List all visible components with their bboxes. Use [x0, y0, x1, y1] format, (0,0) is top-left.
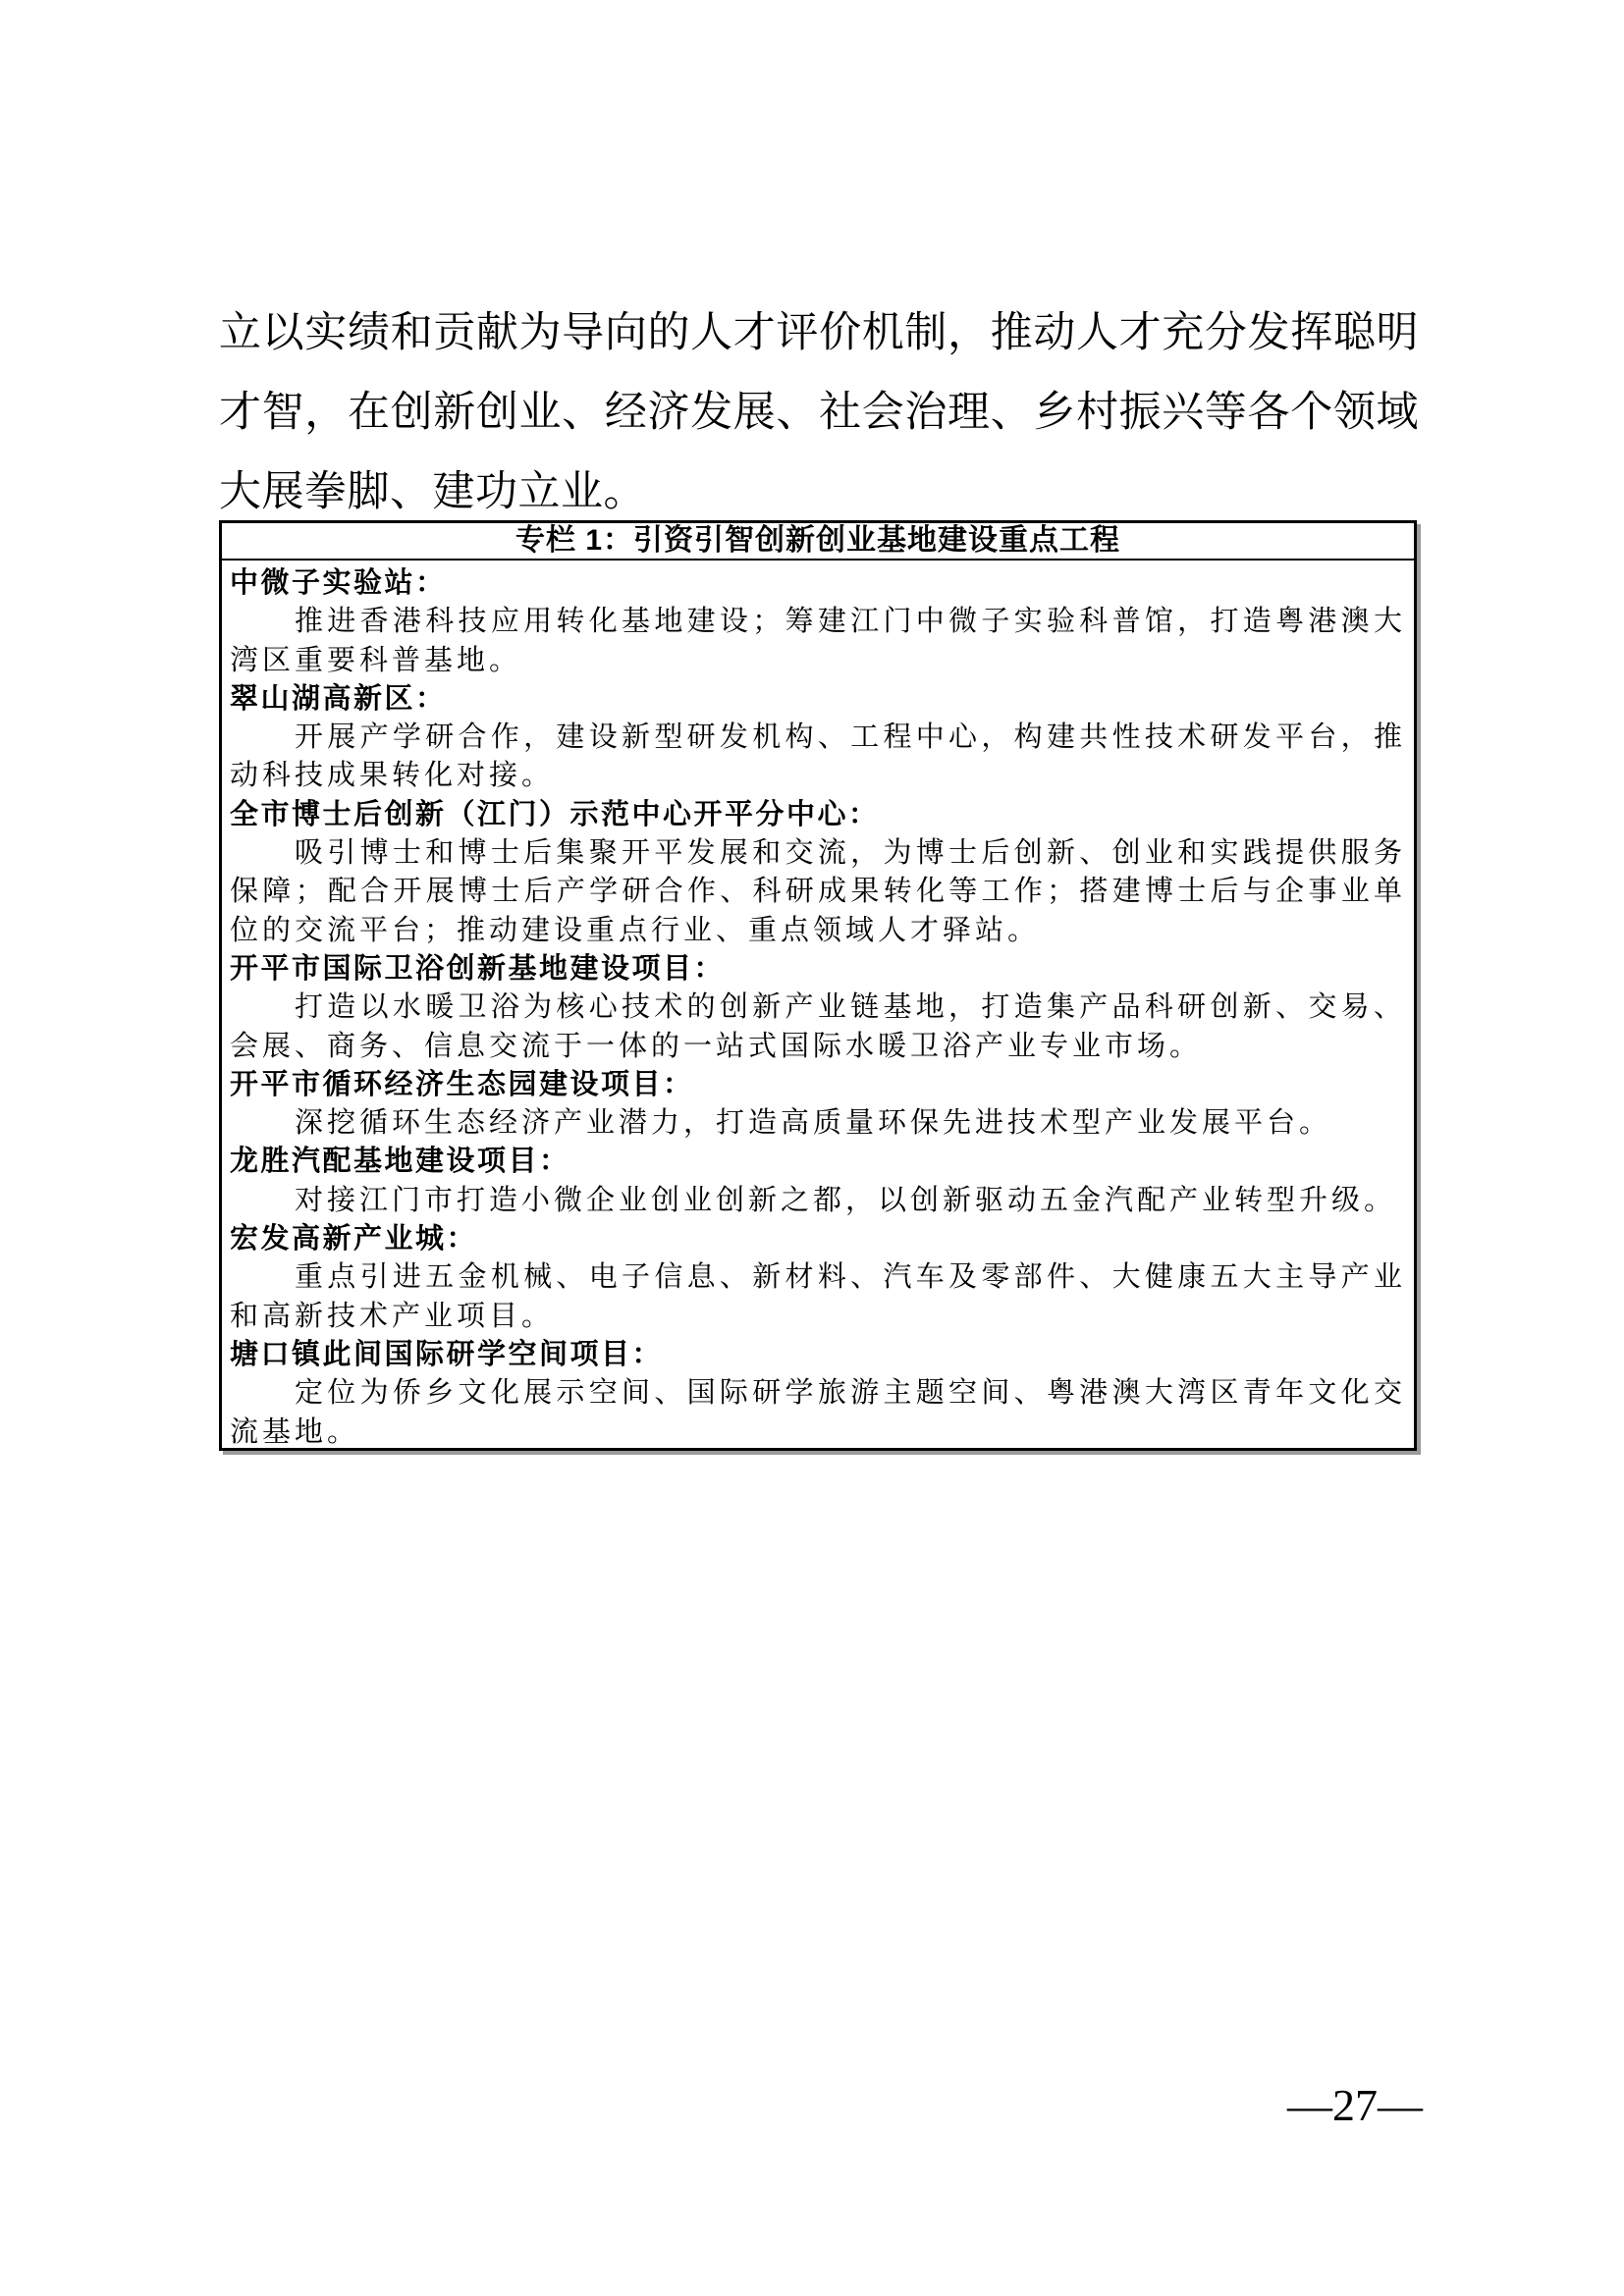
feature-column-box: 专栏 1：引资引智创新创业基地建设重点工程 中微子实验站： 推进香港科技应用转化…: [219, 520, 1417, 1451]
section-header: 龙胜汽配基地建设项目：: [230, 1143, 1406, 1181]
project-section: 中微子实验站： 推进香港科技应用转化基地建设；筹建江门中微子实验科普馆，打造粤港…: [230, 564, 1406, 680]
project-section: 全市博士后创新（江门）示范中心开平分中心： 吸引博士和博士后集聚开平发展和交流，…: [230, 796, 1406, 950]
section-body: 打造以水暖卫浴为核心技术的创新产业链基地，打造集产品科研创新、交易、会展、商务、…: [230, 988, 1406, 1066]
feature-column-title: 专栏 1：引资引智创新创业基地建设重点工程: [222, 523, 1414, 561]
section-header: 翠山湖高新区：: [230, 680, 1406, 719]
section-body: 定位为侨乡文化展示空间、国际研学旅游主题空间、粤港澳大湾区青年文化交流基地。: [230, 1374, 1406, 1451]
section-header: 开平市国际卫浴创新基地建设项目：: [230, 950, 1406, 988]
section-body: 深挖循环生态经济产业潜力，打造高质量环保先进技术型产业发展平台。: [230, 1104, 1406, 1143]
project-section: 宏发高新产业城： 重点引进五金机械、电子信息、新材料、汽车及零部件、大健康五大主…: [230, 1220, 1406, 1336]
section-header: 全市博士后创新（江门）示范中心开平分中心：: [230, 796, 1406, 834]
section-body: 推进香港科技应用转化基地建设；筹建江门中微子实验科普馆，打造粤港澳大湾区重要科普…: [230, 603, 1406, 680]
section-body: 重点引进五金机械、电子信息、新材料、汽车及零部件、大健康五大主导产业和高新技术产…: [230, 1258, 1406, 1336]
feature-column-content: 中微子实验站： 推进香港科技应用转化基地建设；筹建江门中微子实验科普馆，打造粤港…: [222, 561, 1414, 1451]
section-body: 对接江门市打造小微企业创业创新之都，以创新驱动五金汽配产业转型升级。: [230, 1182, 1406, 1220]
document-page: 立以实绩和贡献为导向的人才评价机制，推动人才充分发挥聪明才智，在创新创业、经济发…: [0, 0, 1624, 2296]
project-section: 翠山湖高新区： 开展产学研合作，建设新型研发机构、工程中心，构建共性技术研发平台…: [230, 680, 1406, 796]
page-number: —27—: [1287, 2081, 1423, 2130]
project-section: 开平市循环经济生态园建设项目： 深挖循环生态经济产业潜力，打造高质量环保先进技术…: [230, 1066, 1406, 1144]
section-header: 宏发高新产业城：: [230, 1220, 1406, 1258]
section-header: 中微子实验站：: [230, 564, 1406, 603]
section-body: 吸引博士和博士后集聚开平发展和交流，为博士后创新、创业和实践提供服务保障；配合开…: [230, 834, 1406, 950]
project-section: 龙胜汽配基地建设项目： 对接江门市打造小微企业创业创新之都，以创新驱动五金汽配产…: [230, 1143, 1406, 1220]
body-paragraph: 立以实绩和贡献为导向的人才评价机制，推动人才充分发挥聪明才智，在创新创业、经济发…: [219, 294, 1419, 532]
project-section: 塘口镇此间国际研学空间项目： 定位为侨乡文化展示空间、国际研学旅游主题空间、粤港…: [230, 1336, 1406, 1451]
section-header: 开平市循环经济生态园建设项目：: [230, 1066, 1406, 1104]
section-body: 开展产学研合作，建设新型研发机构、工程中心，构建共性技术研发平台，推动科技成果转…: [230, 719, 1406, 796]
section-header: 塘口镇此间国际研学空间项目：: [230, 1336, 1406, 1374]
project-section: 开平市国际卫浴创新基地建设项目： 打造以水暖卫浴为核心技术的创新产业链基地，打造…: [230, 950, 1406, 1066]
